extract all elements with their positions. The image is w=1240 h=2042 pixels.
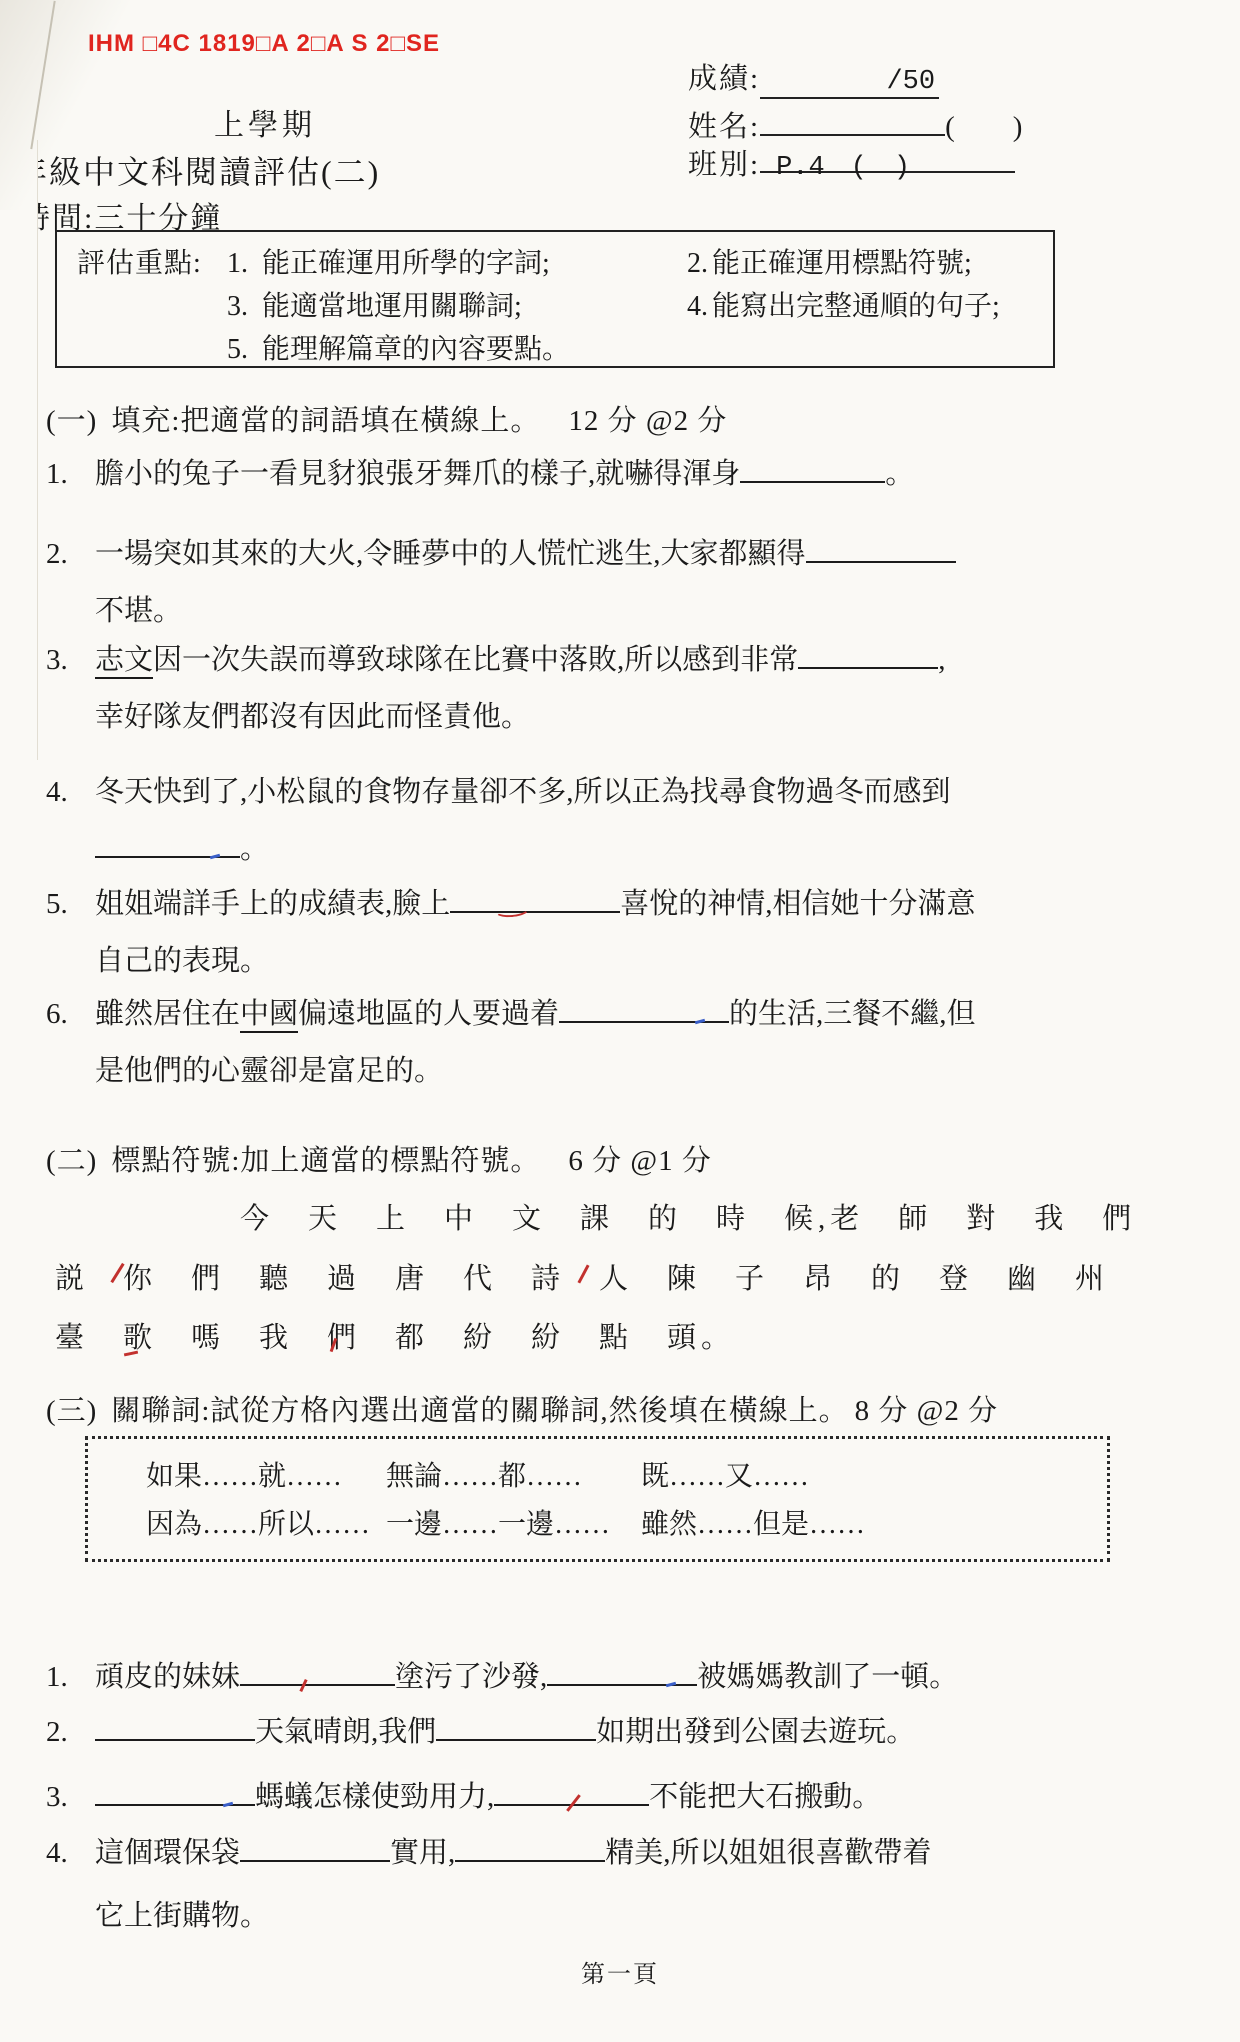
section-title: 關聯詞:試從方格內選出適當的關聯詞,然後填在橫線上。 [111, 1395, 848, 1427]
name-blank [760, 102, 945, 136]
class-value: P.4 [776, 153, 825, 183]
question-text: 偏遠地區的人要過着 [298, 998, 559, 1030]
school-code-stamp: IHM □4C 1819□A 2□A S 2□SE [88, 30, 440, 58]
word-bank-item: 雖然……但是…… [641, 1501, 1107, 1549]
question-number: 2. [46, 1701, 95, 1764]
clipped-char: 年 [38, 147, 49, 193]
question-text: 。 [240, 833, 269, 865]
answer-blank [547, 1654, 697, 1686]
section-marker: (三) [46, 1395, 97, 1427]
question-text: 雖然居住在 [95, 998, 240, 1030]
question: 3.志文因一次失誤而導致球隊在比賽中落敗,所以感到非常,幸好隊友們都沒有因此而怪… [46, 632, 1240, 746]
focus-row: 3.能適當地運用關聯詞; 4.能寫出完整通順的句子; [77, 285, 1039, 328]
focus-row: 評估重點: 1.能正確運用所學的字詞; 2.能正確運用標點符號; [77, 242, 1039, 285]
focus-item-text: 能理解篇章的內容要點。 [262, 334, 570, 365]
score-denominator: /50 [886, 67, 935, 97]
question-number: 4. [46, 764, 95, 821]
question-text: 一場突如其來的大火,令睡夢中的人慌忙逃生,大家都顯得 [95, 538, 806, 570]
answer-blank [95, 1709, 255, 1741]
section-marker: (二) [46, 1145, 97, 1177]
question: 6.雖然居住在中國偏遠地區的人要過着的生活,三餐不繼,但是他們的心靈卻是富足的。 [46, 986, 1240, 1100]
focus-item-text: 能寫出完整通順的句子; [712, 291, 1000, 322]
question-text: , [938, 644, 945, 676]
answer-blank [559, 991, 729, 1023]
question-number: 1. [46, 1646, 95, 1709]
pen-mark-icon [209, 854, 219, 859]
word-bank-item: 如果……就…… [146, 1453, 386, 1501]
question-text: 這個環保袋 [95, 1837, 240, 1869]
clipped-char: 時 [38, 193, 52, 237]
score-label: 成績: [688, 63, 760, 95]
focus-label: 評估重點: [77, 242, 227, 285]
question: 2.一場突如其來的大火,令睡夢中的人慌忙逃生,大家都顯得不堪。 [46, 526, 1240, 640]
answer-blank [436, 1709, 596, 1741]
underlined-name: 志文 [95, 644, 153, 679]
question-text: 因一次失誤而導致球隊在比賽中落敗,所以感到非常 [153, 644, 798, 676]
name-label: 姓名: [688, 111, 760, 143]
answer-blank [95, 1774, 255, 1806]
question-number: 4. [46, 1822, 95, 1885]
focus-item-number: 2. [687, 242, 708, 285]
question-text: 天氣晴朗,我們 [255, 1716, 436, 1748]
focus-item-text: 能正確運用所學的字詞; [262, 248, 550, 279]
score-row: 成績:/50 [688, 56, 939, 99]
question-text: 不堪。 [95, 595, 182, 627]
question-text: 螞蟻怎樣使勁用力, [255, 1781, 494, 1813]
question-number: 5. [46, 876, 95, 933]
section-points: 12 分 @2 分 [568, 405, 727, 437]
pen-mark-icon [494, 900, 531, 918]
page-number: 第一頁 [0, 1954, 1240, 1989]
focus-item-number: 3. [227, 285, 248, 328]
answer-blank [740, 451, 885, 483]
answer-blank [95, 826, 240, 858]
pen-mark-icon [566, 1794, 581, 1812]
pen-mark-icon [666, 1682, 676, 1687]
focus-item-text: 能正確運用標點符號; [712, 248, 972, 279]
underlined-name: 中國 [240, 998, 298, 1033]
punctuation-passage-line: 臺 歌 嗎 我 們 都 紛 紛 點 頭。 [55, 1315, 1195, 1356]
word-bank-item: 無論……都…… [386, 1453, 641, 1501]
question-text: 。 [885, 458, 914, 490]
question: 1.膽小的兔子一看見豺狼張牙舞爪的樣子,就嚇得渾身。 [46, 446, 1240, 503]
assessment-focus-box: 評估重點: 1.能正確運用所學的字詞; 2.能正確運用標點符號; 3.能適當地運… [55, 230, 1055, 368]
name-row: 姓名:( ) [688, 102, 1022, 145]
word-bank-item: 既……又…… [641, 1453, 1107, 1501]
question-text: 是他們的心靈卻是富足的。 [95, 1055, 443, 1087]
question-text: 不能把大石搬動。 [649, 1781, 881, 1813]
answer-blank [494, 1774, 649, 1806]
section-points: 6 分 @1 分 [568, 1145, 711, 1177]
question: 4.冬天快到了,小松鼠的食物存量卻不多,所以正為找尋食物過冬而感到。 [46, 764, 1240, 878]
exam-page: IHM □4C 1819□A 2□A S 2□SE 上學期 年級中文科閱讀評估(… [0, 0, 1240, 2042]
question-text: 實用, [390, 1837, 455, 1869]
section1-heading: (一)填充:把適當的詞語填在橫線上。12 分 @2 分 [46, 398, 727, 439]
pen-mark-icon [222, 1802, 232, 1807]
paper-title: 年級中文科閱讀評估(二) [38, 147, 380, 193]
question-text: 幸好隊友們都沒有因此而怪責他。 [95, 701, 530, 733]
question: 1.頑皮的妹妹塗污了沙發,被媽媽教訓了一頓。 [46, 1646, 1240, 1709]
section-marker: (一) [46, 405, 97, 437]
answer-blank [798, 637, 938, 669]
question-text: 自己的表現。 [95, 945, 269, 977]
question-text: 喜悅的神情,相信她十分滿意 [620, 888, 975, 920]
question-text: 精美,所以姐姐很喜歡帶着 [605, 1837, 931, 1869]
class-label: 班別: [688, 149, 760, 181]
question-text: 被媽媽教訓了一頓。 [697, 1661, 958, 1693]
answer-blank [240, 1654, 395, 1686]
focus-item-number: 4. [687, 285, 708, 328]
question-text: 膽小的兔子一看見豺狼張牙舞爪的樣子,就嚇得渾身 [95, 458, 740, 490]
answer-blank [240, 1830, 390, 1862]
question: 4.這個環保袋實用,精美,所以姐姐很喜歡帶着它上街購物。 [46, 1822, 1240, 1948]
question: 3.螞蟻怎樣使勁用力,不能把大石搬動。 [46, 1766, 1240, 1829]
punctuation-passage-line: 今 天 上 中 文 課 的 時 候,老 師 對 我 們 [55, 1196, 1195, 1237]
word-bank-item: 一邊……一邊…… [386, 1501, 641, 1549]
question: 5.姐姐端詳手上的成績表,臉上喜悅的神情,相信她十分滿意自己的表現。 [46, 876, 1240, 990]
question-number: 1. [46, 446, 95, 503]
score-blank: /50 [760, 67, 939, 99]
class-blank: P.4( ) [760, 143, 1015, 173]
question-text: 如期出發到公園去遊玩。 [596, 1716, 915, 1748]
section3-heading: (三)關聯詞:試從方格內選出適當的關聯詞,然後填在橫線上。8 分 @2 分 [46, 1388, 998, 1429]
focus-item-text: 能適當地運用關聯詞; [262, 291, 522, 322]
section-points: 8 分 @2 分 [855, 1395, 998, 1427]
focus-row: 5.能理解篇章的內容要點。 [77, 328, 1039, 371]
answer-blank [455, 1830, 605, 1862]
focus-item-number: 5. [227, 328, 248, 371]
focus-item-number: 1. [227, 242, 248, 285]
question: 2.天氣晴朗,我們如期出發到公園去遊玩。 [46, 1701, 1240, 1764]
term-title: 上學期 [40, 100, 490, 144]
class-paren: ( ) [851, 153, 910, 183]
question-text: 的生活,三餐不繼,但 [729, 998, 976, 1030]
pen-mark-icon [299, 1679, 307, 1692]
punctuation-passage-line: 説 你 們 聽 過 唐 代 詩 人 陳 子 昂 的 登 幽 州 [55, 1256, 1195, 1297]
question-text: 冬天快到了,小松鼠的食物存量卻不多,所以正為找尋食物過冬而感到 [95, 776, 951, 808]
section-title: 標點符號:加上適當的標點符號。 [111, 1145, 540, 1177]
question-text: 塗污了沙發, [395, 1661, 547, 1693]
question-text: 它上街購物。 [95, 1900, 269, 1932]
question-number: 6. [46, 986, 95, 1043]
word-bank-item: 因為……所以…… [146, 1501, 386, 1549]
question-number: 3. [46, 632, 95, 689]
connective-word-bank: 如果……就…… 無論……都…… 既……又…… 因為……所以…… 一邊……一邊……… [85, 1436, 1110, 1562]
question-text: 姐姐端詳手上的成績表,臉上 [95, 888, 450, 920]
section2-heading: (二)標點符號:加上適當的標點符號。6 分 @1 分 [46, 1138, 712, 1179]
class-row: 班別:P.4( ) [688, 142, 1015, 183]
question-number: 3. [46, 1766, 95, 1829]
answer-blank [806, 531, 956, 563]
question-text: 頑皮的妹妹 [95, 1661, 240, 1693]
question-number: 2. [46, 526, 95, 583]
pen-mark-icon [695, 1019, 705, 1024]
section-title: 填充:把適當的詞語填在橫線上。 [111, 405, 540, 437]
answer-blank [450, 881, 620, 913]
name-paren: ( ) [945, 111, 1022, 143]
